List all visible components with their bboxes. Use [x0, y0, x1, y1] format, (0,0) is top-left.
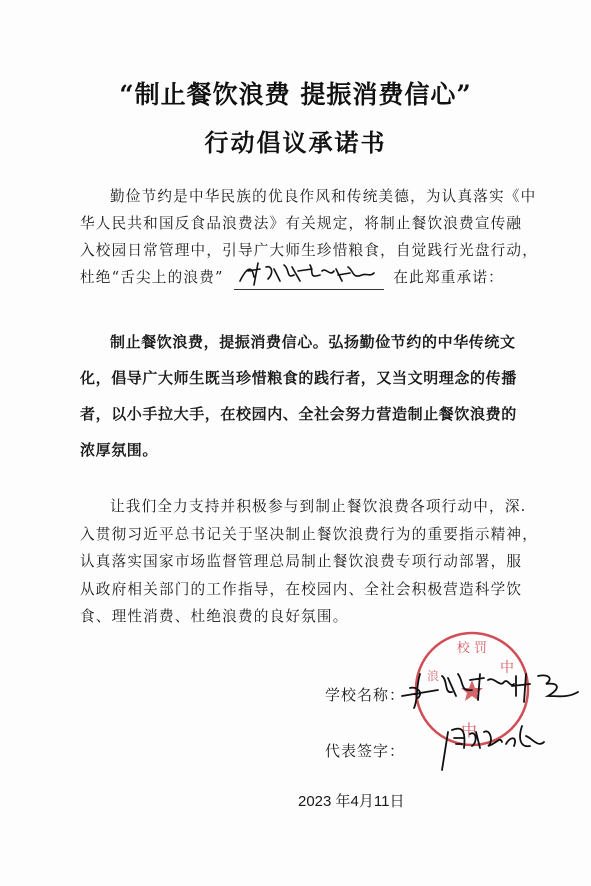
document-title: “制止餐饮浪费 提振消费信心” [0, 75, 591, 111]
paragraph-line: 化，倡导广大师生既当珍惜粮食的践行者，又当文明理念的传播 [80, 360, 520, 396]
document-page: “制止餐饮浪费 提振消费信心” 行动倡议承诺书 勤俭节约是中华民族的优良作风和传… [0, 0, 591, 886]
representative-signature-label: 代表签字： [325, 740, 405, 761]
paragraph-line: 杜绝“舌尖上的浪费” 在此郑重承诺： [80, 264, 520, 291]
paragraph-line: 食、理性消费、杜绝浪费的良好氛围。 [80, 603, 520, 631]
paragraph-intro: 勤俭节约是中华民族的优良作风和传统美德，为认真落实《中 华人民共和国反食品浪费法… [80, 183, 520, 291]
paragraph-line: 认真落实国家市场监督管理总局制止餐饮浪费专项行动部署，服 [80, 548, 520, 576]
paragraph-line: 入贯彻习近平总书记关于坚决制止餐饮浪费行为的重要指示精神， [80, 521, 520, 549]
paragraph-line: 者，以小手拉大手，在校园内、全社会努力营造制止餐饮浪费的 [80, 396, 520, 432]
school-name-label: 学校名称： [325, 684, 405, 705]
svg-text:校 罚: 校 罚 [457, 640, 487, 656]
paragraph-line-suffix: 在此郑重承诺： [393, 269, 504, 286]
handwritten-signature-icon [234, 259, 384, 289]
document-date: 2023 年4月11日 [298, 790, 404, 811]
representative-signature-icon [434, 712, 554, 774]
paragraph-line: 华人民共和国反食品浪费法》有关规定，将制止餐饮浪费宣传融 [80, 210, 520, 237]
paragraph-line: 勤俭节约是中华民族的优良作风和传统美德，为认真落实《中 [80, 183, 520, 210]
inline-school-signature [234, 267, 384, 290]
school-name-signature-icon [398, 666, 588, 712]
paragraph-line-prefix: 杜绝“舌尖上的浪费” [80, 269, 224, 286]
paragraph-line: 让我们全力支持并积极参与到制止餐饮浪费各项行动中，深. [80, 493, 520, 521]
document-subtitle: 行动倡议承诺书 [0, 123, 591, 158]
paragraph-line: 浓厚氛围。 [80, 432, 520, 468]
paragraph-call-to-action: 让我们全力支持并积极参与到制止餐饮浪费各项行动中，深. 入贯彻习近平总书记关于坚… [80, 493, 520, 631]
paragraph-commitment: 制止餐饮浪费，提振消费信心。弘扬勤俭节约的中华传统文 化，倡导广大师生既当珍惜粮… [80, 324, 520, 468]
paragraph-line: 制止餐饮浪费，提振消费信心。弘扬勤俭节约的中华传统文 [80, 324, 520, 360]
paragraph-line: 从政府相关部门的工作指导，在校园内、全社会积极营造科学饮 [80, 576, 520, 604]
